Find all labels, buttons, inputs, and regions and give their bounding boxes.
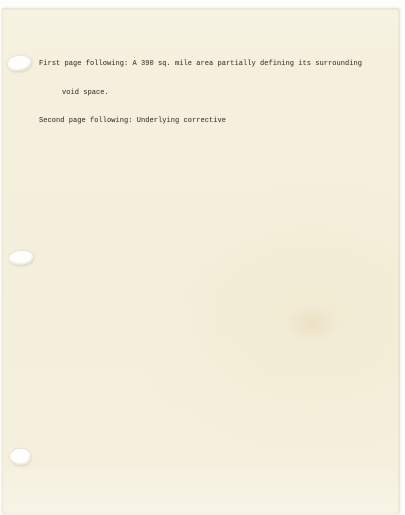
paper-sheet: First page following: A 390 sq. mile are… [2, 8, 400, 514]
typed-text-block: First page following: A 390 sq. mile are… [39, 41, 379, 146]
punch-hole-middle [9, 251, 35, 267]
typed-line-second-page-note: Second page following: Underlying correc… [39, 117, 379, 127]
punch-hole-top [7, 55, 32, 73]
typed-line-continuation: void space. [39, 89, 379, 99]
paper-stain [288, 304, 340, 342]
scanned-document: First page following: A 390 sq. mile are… [0, 0, 405, 515]
punch-hole-bottom [9, 448, 32, 467]
typed-line-first-page-note: First page following: A 390 sq. mile are… [39, 60, 379, 70]
